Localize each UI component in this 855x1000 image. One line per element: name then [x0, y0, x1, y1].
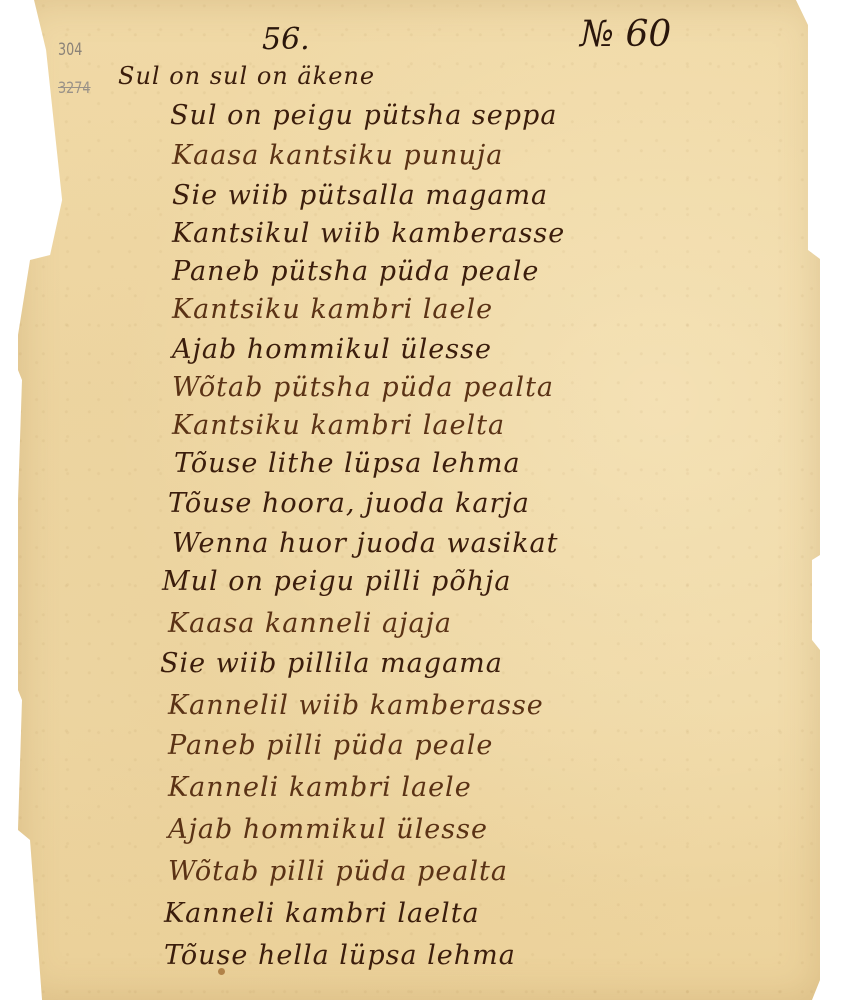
poem-line: Kaasa kantsiku punuja [172, 140, 503, 171]
poem-line: Mul on peigu pilli põhja [162, 566, 511, 597]
poem-line: Wõtab pilli püda pealta [168, 856, 508, 887]
poem-line: Kanneli kambri laelta [164, 898, 480, 929]
poem-line: Ajab hommikul ülesse [172, 334, 492, 365]
poem-line: Paneb pilli püda peale [168, 730, 493, 761]
poem-text: Sul on sul on äkene Sul on peigu pütsha … [0, 0, 855, 1000]
ink-stain [218, 968, 225, 975]
poem-line: Kaasa kanneli ajaja [168, 608, 452, 639]
poem-line: Kantsikul wiib kamberasse [172, 218, 565, 249]
poem-line: Kanneli kambri laele [168, 772, 472, 803]
poem-line: Ajab hommikul ülesse [168, 814, 488, 845]
poem-line: Tõuse hoora, juoda karja [168, 488, 530, 519]
poem-line: Tõuse hella lüpsa lehma [164, 940, 516, 971]
poem-line: Wenna huor juoda wasikat [172, 528, 559, 559]
poem-line: Paneb pütsha püda peale [172, 256, 539, 287]
poem-line: Kantsiku kambri laelta [172, 410, 505, 441]
poem-line: Sul on peigu pütsha seppa [170, 100, 557, 131]
scanned-page: 304 3274 56. № 60 Sul on sul on äkene Su… [0, 0, 855, 1000]
poem-line: Wõtab pütsha püda pealta [172, 372, 554, 403]
poem-line: Kantsiku kambri laele [172, 294, 493, 325]
poem-line: Sie wiib pillila magama [160, 648, 503, 679]
poem-line: Sie wiib pütsalla magama [172, 180, 548, 211]
poem-line: Tõuse lithe lüpsa lehma [174, 448, 521, 479]
poem-line: Sul on sul on äkene [118, 62, 375, 90]
poem-line: Kannelil wiib kamberasse [168, 690, 544, 721]
